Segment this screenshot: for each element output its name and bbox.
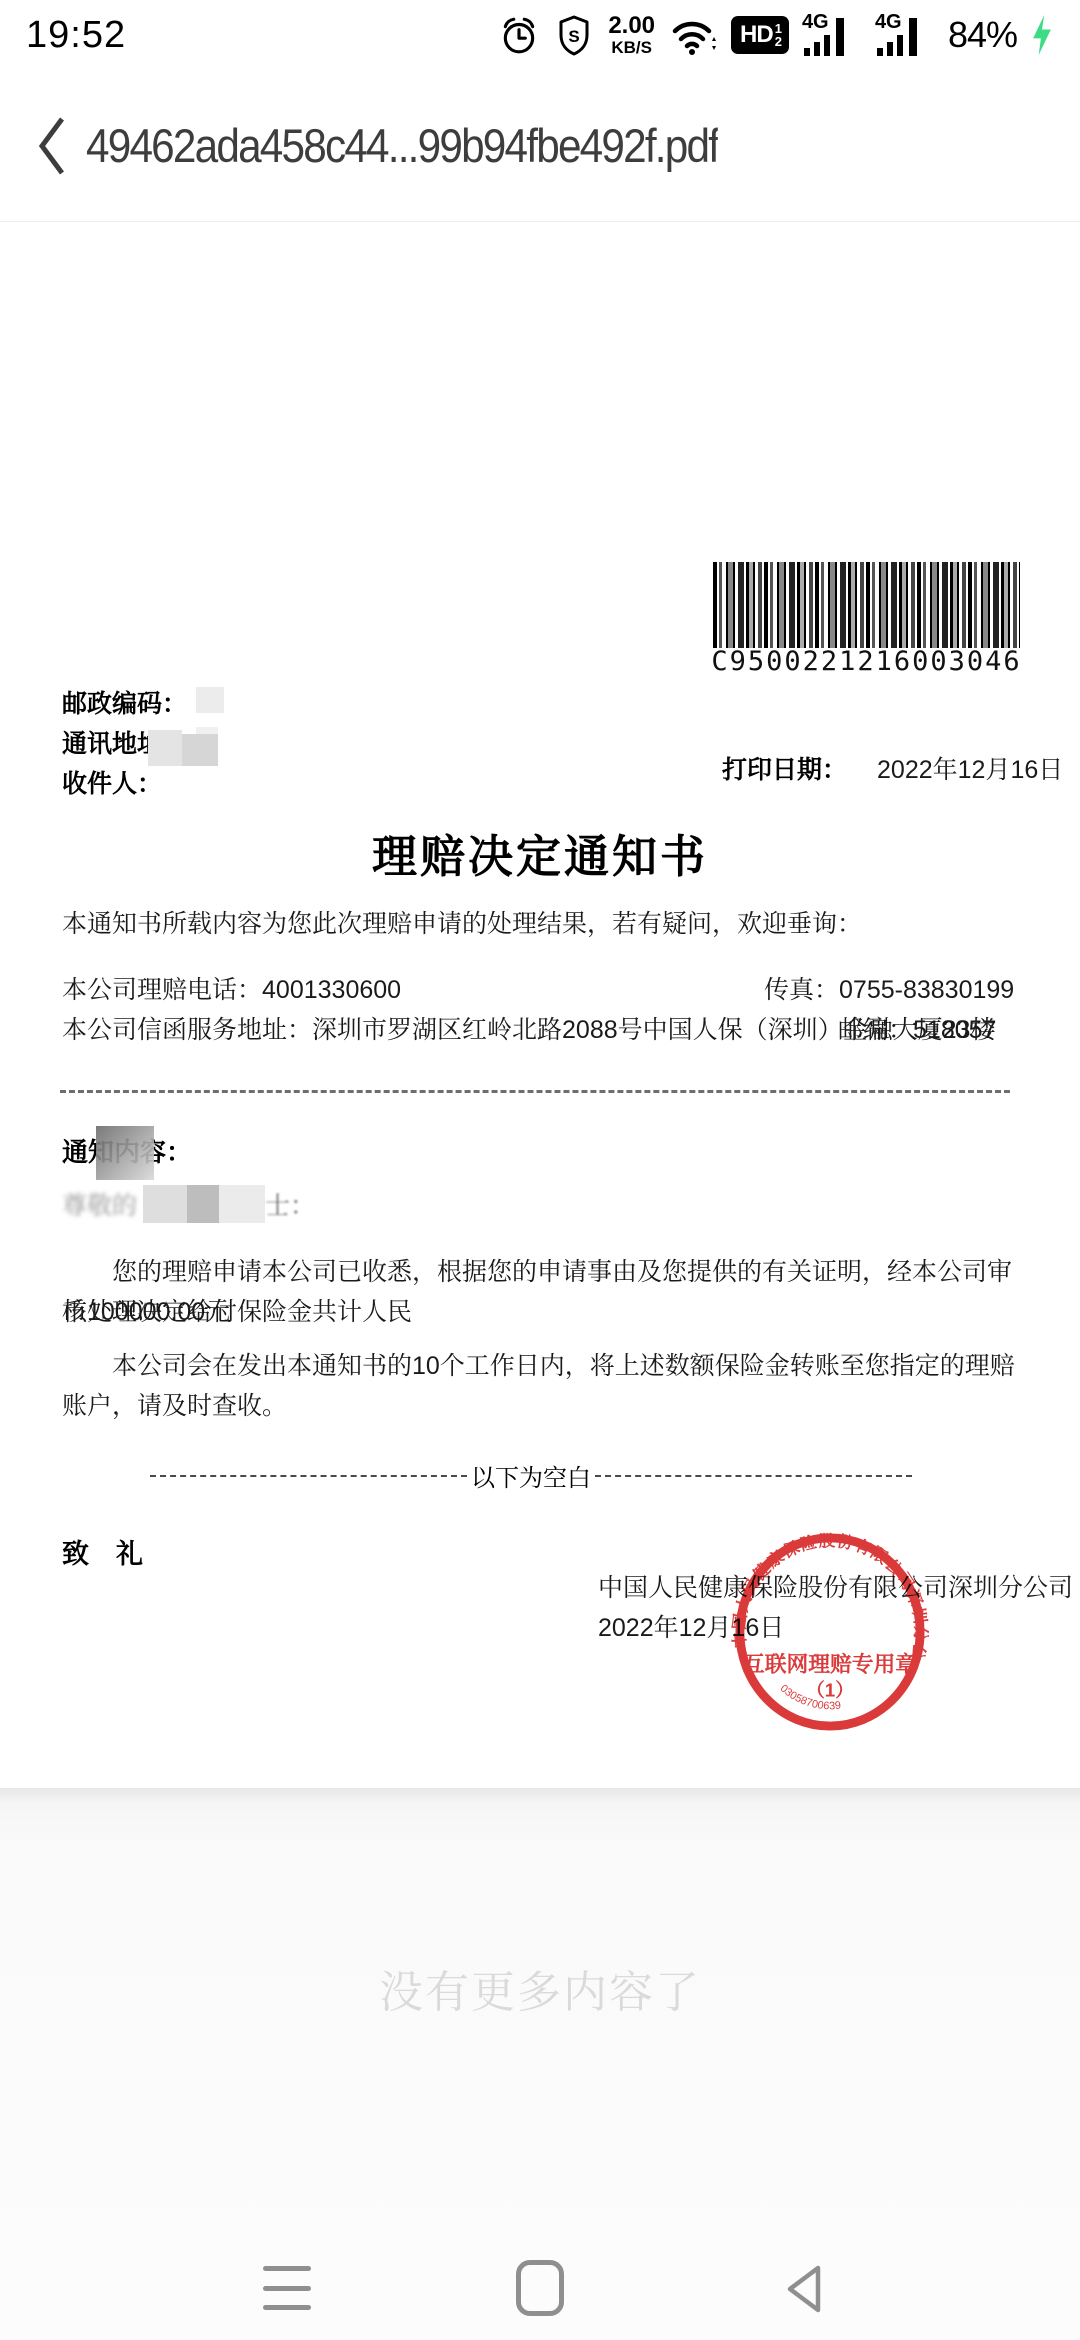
pdf-page[interactable]: C9500221216003046 邮政编码： 通讯地址： 收件人： 打印日期：… [0,244,1080,1788]
phone-row: 本公司理赔电话：4001330600 [62,970,401,1006]
divider-dash-right [595,1475,912,1477]
barcode [713,562,1020,648]
fax-value: 0755-83830199 [839,976,1014,1004]
battery-percent: 84% [948,14,1017,56]
salutation-suffix: 士： [265,1186,315,1222]
clock-time: 19:52 [26,14,126,57]
seal-number-text: （1） [806,1678,854,1700]
status-icons: S 2.00 KB/S HD 1 2 4G [498,12,1054,58]
svg-text:S: S [569,27,580,46]
salutation-row: 尊敬的 士： [62,1184,315,1224]
blank-below-divider: 以下为空白 [150,1458,912,1493]
redaction-name-1 [143,1185,187,1223]
menu-lines-icon [263,2266,311,2271]
hd-voice-badge: HD 1 2 [731,16,789,54]
zip-value: 518057 [913,1016,996,1044]
salutation-prefix: 尊敬的 [62,1186,137,1222]
no-more-content-text: 没有更多内容了 [0,1956,1080,2020]
title-bar: 49462ada458c44...99b94fbe492f.pdf [0,70,1080,222]
signal-sim1-icon: 4G [802,12,862,58]
redaction-name-2 [187,1185,219,1223]
sign-off: 致 礼 [62,1532,143,1571]
barcode-number: C9500221216003046 [703,646,1030,677]
redaction-postal [196,687,224,713]
wifi-icon [668,13,718,57]
nav-home-button[interactable] [516,2260,564,2316]
nav-recents-button[interactable] [263,2266,311,2310]
zip-label: 邮编： [838,1016,913,1044]
seal-center-text: 互联网理赔专用章 [743,1652,917,1677]
dashed-divider [60,1090,1010,1093]
alarm-icon [498,14,540,56]
recipient-label: 收件人： [62,764,162,800]
divider-dash-left [150,1475,467,1477]
redaction-name-3 [219,1185,265,1223]
status-bar: 19:52 S 2.00 KB/S HD 1 2 [0,0,1080,70]
scroll-end-area: 没有更多内容了 [0,1788,1080,2340]
redaction-notice [96,1126,154,1180]
service-address-label: 本公司信函服务地址： [62,1016,312,1044]
fax-label: 传真： [764,976,839,1004]
body-paragraph-line2: 币100000.00元 [62,1292,1022,1332]
fax-row: 传真：0755-83830199 [764,970,1014,1006]
print-date-row: 打印日期： 2022年12月16日 [722,750,1063,786]
chevron-left-icon [34,113,70,179]
redaction-recipient-1 [148,730,182,766]
postal-code-label: 邮政编码： [62,684,187,720]
triangle-back-icon [790,2268,818,2310]
blank-divider-text: 以下为空白 [467,1458,595,1493]
svg-text:中国人民健康保险股份有限公司深圳分公司: 中国人民健康保险股份有限公司深圳分公司 [731,1530,929,1663]
file-title: 49462ada458c44...99b94fbe492f.pdf [86,118,718,173]
body-paragraph-2: 本公司会在发出本通知书的10个工作日内，将上述数额保险金转账至您指定的理赔账户，… [62,1346,1022,1426]
zip-row: 邮编：518057 [838,1010,996,1046]
company-seal: 中国人民健康保险股份有限公司深圳分公司 互联网理赔专用章 （1） 0305870… [731,1530,929,1734]
charging-bolt-icon [1030,15,1054,55]
redaction-recipient-2 [182,734,218,766]
back-button[interactable] [34,111,86,181]
print-date-value: 2022年12月16日 [877,750,1063,786]
nav-back-button[interactable] [778,2260,832,2318]
signal-sim2-icon: 4G [875,12,935,58]
print-date-label: 打印日期： [722,750,847,786]
intro-paragraph: 本通知书所载内容为您此次理赔申请的处理结果，若有疑问，欢迎垂询： [62,904,862,940]
phone-label: 本公司理赔电话： [62,976,262,1004]
phone-value: 4001330600 [262,976,401,1004]
document-title: 理赔决定通知书 [0,820,1080,885]
network-speed: 2.00 KB/S [608,14,655,56]
security-shield-icon: S [553,14,595,56]
seal-arc-text: 中国人民健康保险股份有限公司深圳分公司 [731,1530,929,1663]
